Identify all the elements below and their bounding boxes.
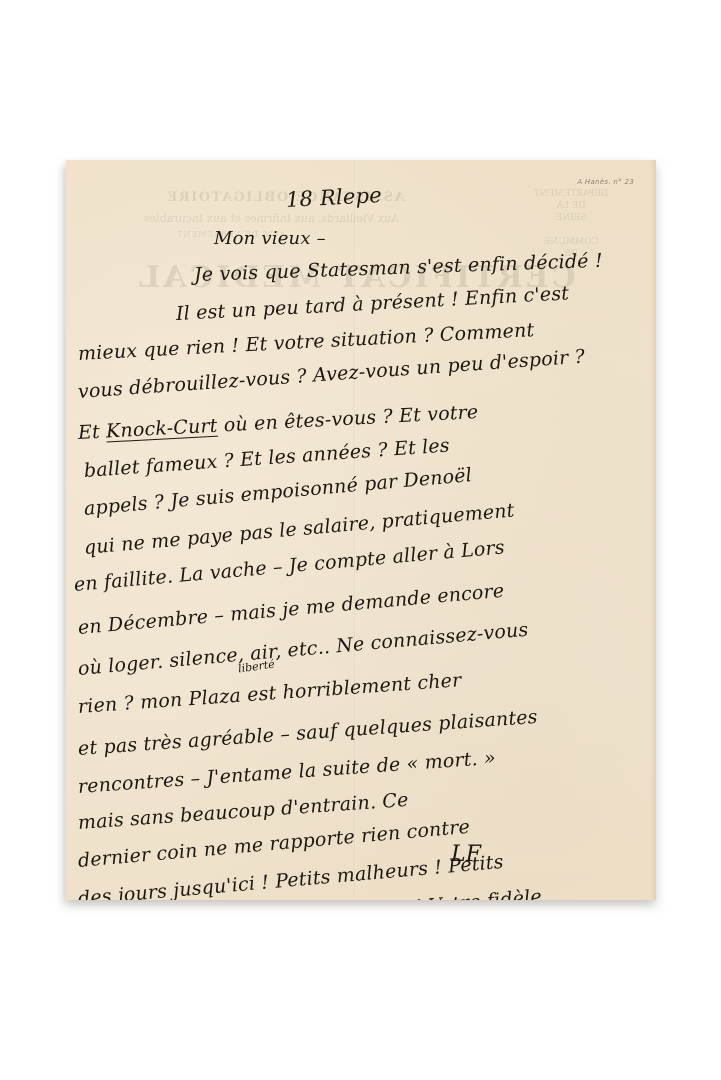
paper-edge xyxy=(650,160,656,900)
letter-line: rien ? mon Plaza est horriblement cher xyxy=(77,669,462,718)
letter-date: 18 Rlepe xyxy=(285,183,382,212)
letterhead-subtitle: Aux Vieillards, aux Infirmes et aux Incu… xyxy=(144,212,399,225)
underlined-title: Knock-Curt xyxy=(106,415,219,443)
letter-salutation: Mon vieux – xyxy=(214,228,326,249)
signature: LF xyxy=(451,842,481,867)
archive-note: A Hanès. n° 23 xyxy=(577,178,634,186)
letter-page: ASSISTANCE OBLIGATOIRE Aux Vieillards, a… xyxy=(66,160,656,900)
